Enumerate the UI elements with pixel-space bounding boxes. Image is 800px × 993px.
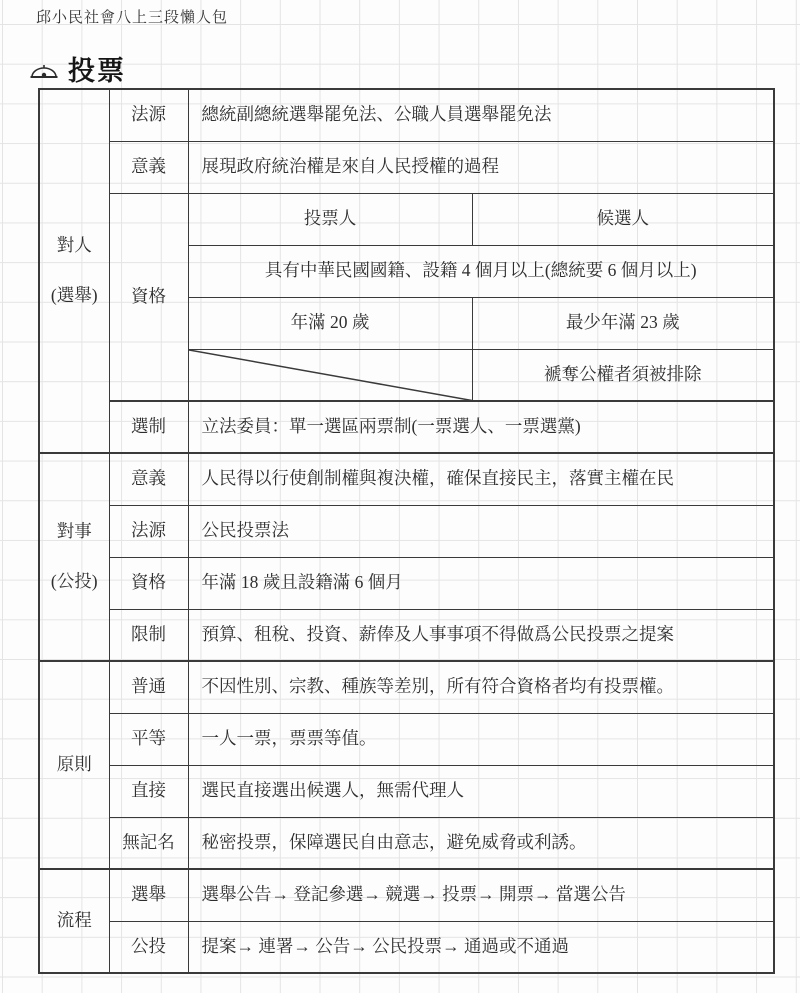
section2-group-label: 對事 (公投) [39,453,109,661]
row-label: 直接 [109,765,188,817]
cell-text: 預算、租稅、投資、薪俸及人事事項不得做爲公民投票之提案 [188,609,774,661]
cell-voter-age: 年滿 20 歲 [188,297,472,349]
group-label-line: (公投) [51,571,98,593]
row-label: 法源 [109,505,188,557]
section-heading: 投票 [29,49,126,88]
cell-text: 選民直接選出候選人，無需代理人 [188,765,774,817]
cell-text: 一人一票，票票等值。 [188,713,774,765]
table-row: 無記名 秘密投票，保障選民自由意志，避免威脅或利誘。 [39,817,774,869]
group-label-line: 對人 [57,235,92,257]
cell-candidate-header: 候選人 [472,193,774,245]
table-row: 法源 公民投票法 [39,505,774,557]
row-label: 平等 [109,713,188,765]
vote-bullet-icon [29,62,59,82]
table-row: 平等 一人一票，票票等值。 [39,713,774,765]
table-row: 流程 選舉 選舉公告→ 登記參選→ 競選→ 投票→ 開票→ 當選公告 [39,869,774,921]
group-label-line: 流程 [57,910,92,932]
cell-text: 選舉公告→ 登記參選→ 競選→ 投票→ 開票→ 當選公告 [188,869,774,921]
table-row: 公投 提案→ 連署→ 公告→ 公民投票→ 通過或不通過 [39,921,774,973]
cell-text: 秘密投票，保障選民自由意志，避免威脅或利誘。 [188,817,774,869]
cell-yiyi-text: 展現政府統治權是來自人民授權的過程 [188,141,774,193]
cell-text: 公民投票法 [188,505,774,557]
group-label-line: 對事 [57,521,92,543]
row-label: 無記名 [109,817,188,869]
row-label-zige: 資格 [109,193,188,401]
row-label: 選舉 [109,869,188,921]
cell-exclusion: 褫奪公權者須被排除 [472,349,774,401]
row-label-fayuan: 法源 [109,89,188,141]
cell-text: 不因性別、宗教、種族等差別，所有符合資格者均有投票權。 [188,661,774,713]
cell-text: 年滿 18 歲且設籍滿 6 個月 [188,557,774,609]
document-title: 邱小民社會八上三段懶人包 [36,6,228,27]
table-row: 限制 預算、租稅、投資、薪俸及人事事項不得做爲公民投票之提案 [39,609,774,661]
cell-nationality: 具有中華民國國籍、設籍 4 個月以上(總統要 6 個月以上) [188,245,774,297]
row-label: 公投 [109,921,188,973]
cell-candidate-age: 最少年滿 23 歲 [472,297,774,349]
cell-text: 提案→ 連署→ 公告→ 公民投票→ 通過或不通過 [188,921,774,973]
table-row: 資格 年滿 18 歲且設籍滿 6 個月 [39,557,774,609]
cell-xuanzhi-text: 立法委員：單一選區兩票制(一票選人、一票選黨) [188,401,774,453]
section4-group-label: 流程 [39,869,109,973]
voting-table: 對人 (選舉) 法源 總統副總統選舉罷免法、公職人員選舉罷免法 意義 展現政府統… [38,88,775,974]
table-row: 對人 (選舉) 法源 總統副總統選舉罷免法、公職人員選舉罷免法 [39,89,774,141]
diagonal-line [189,350,472,401]
table-row: 意義 展現政府統治權是來自人民授權的過程 [39,141,774,193]
row-label-yiyi: 意義 [109,141,188,193]
row-label: 限制 [109,609,188,661]
table-row: 原則 普通 不因性別、宗教、種族等差別，所有符合資格者均有投票權。 [39,661,774,713]
cell-voter-header: 投票人 [188,193,472,245]
group-label-line: (選舉) [51,285,98,307]
cell-text: 人民得以行使創制權與複決權，確保直接民主，落實主權在民 [188,453,774,505]
row-label: 普通 [109,661,188,713]
table-row: 選制 立法委員：單一選區兩票制(一票選人、一票選黨) [39,401,774,453]
row-label: 意義 [109,453,188,505]
table-row: 直接 選民直接選出候選人，無需代理人 [39,765,774,817]
cell-diagonal-empty [188,349,472,401]
table-row: 對事 (公投) 意義 人民得以行使創制權與複決權，確保直接民主，落實主權在民 [39,453,774,505]
section3-group-label: 原則 [39,661,109,869]
section1-group-label: 對人 (選舉) [39,89,109,453]
group-label-line: 原則 [57,754,92,776]
table-row: 資格 投票人 候選人 [39,193,774,245]
row-label: 資格 [109,557,188,609]
cell-fayuan-text: 總統副總統選舉罷免法、公職人員選舉罷免法 [188,89,774,141]
row-label-xuanzhi: 選制 [109,401,188,453]
page-title: 投票 [68,49,126,88]
